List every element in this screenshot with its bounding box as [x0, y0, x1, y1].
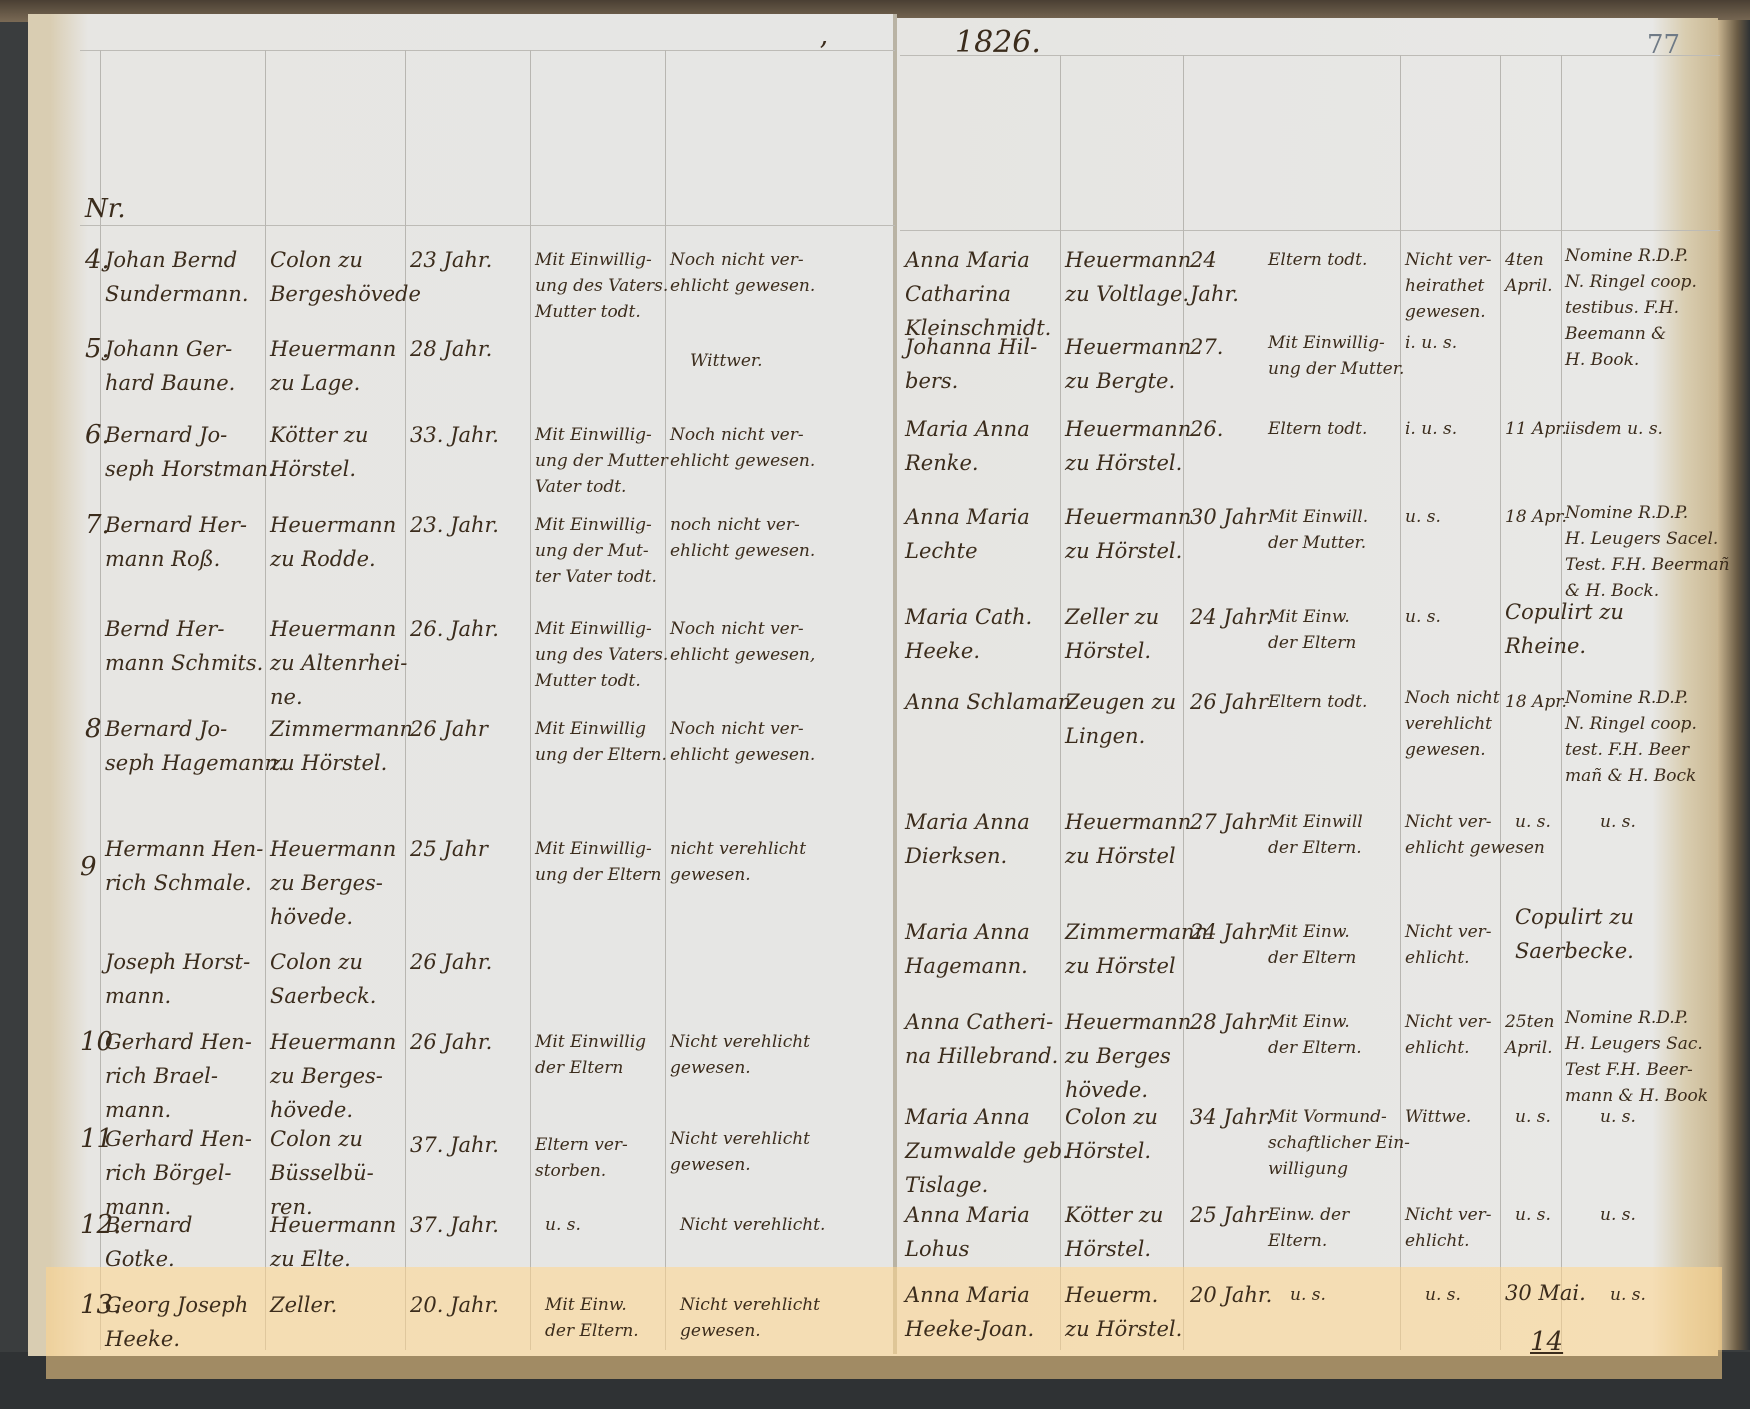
bride-consent: Mit Einwill. der Mutter.	[1268, 504, 1368, 556]
groom-prior-marriage: Nicht verehlicht gewesen.	[670, 1126, 810, 1178]
groom-age: 23. Jahr.	[410, 508, 499, 542]
groom-name: Gerhard Hen- rich Brael- mann.	[105, 1025, 252, 1127]
groom-age: 20. Jahr.	[410, 1288, 499, 1322]
groom-status-residence: Heuermann zu Berges- hövede.	[270, 1025, 396, 1127]
footer-total: 14	[1530, 1325, 1563, 1359]
groom-status-residence: Zeller.	[270, 1288, 337, 1322]
bride-consent: Mit Einw. der Eltern	[1268, 919, 1356, 971]
column-rule	[265, 50, 266, 1350]
groom-prior-marriage: Nicht verehlicht.	[680, 1212, 825, 1238]
bride-status-residence: Heuermann zu Berges hövede.	[1065, 1005, 1191, 1107]
bride-consent: Mit Einw. der Eltern.	[1268, 1009, 1362, 1061]
bride-age: 24 Jahr.	[1190, 243, 1239, 311]
marriage-date: 4ten April.	[1505, 247, 1553, 299]
header-rule-right-lower	[900, 230, 1720, 231]
header-rule-left-lower	[80, 225, 895, 226]
groom-consent: Mit Einwillig ung der Eltern.	[535, 716, 667, 768]
entry-number: 9	[80, 850, 97, 884]
groom-consent: u. s.	[545, 1212, 581, 1238]
entry-number: 8	[85, 712, 102, 746]
groom-consent: Mit Einwillig- ung der Mutter Vater todt…	[535, 422, 668, 500]
groom-consent: Mit Einwillig- ung der Eltern	[535, 836, 661, 888]
bride-age: 24 Jahr.	[1190, 600, 1272, 634]
groom-name: Bernd Her- mann Schmits.	[105, 612, 263, 680]
groom-age: 28 Jahr.	[410, 332, 492, 366]
bride-prior-marriage: Nicht ver- heirathet gewesen.	[1405, 247, 1492, 325]
groom-consent: Mit Einwillig- ung der Mut- ter Vater to…	[535, 512, 657, 590]
marriage-place-note: Copulirt zu Saerbecke.	[1515, 900, 1634, 968]
column-rule	[665, 50, 666, 1350]
marriage-date: 18 Apr.	[1505, 689, 1567, 715]
bride-prior-marriage: u. s.	[1425, 1282, 1461, 1308]
bride-name: Maria Anna Renke.	[905, 412, 1030, 480]
groom-status-residence: Heuermann zu Elte.	[270, 1208, 396, 1276]
bride-consent: Einw. der Eltern.	[1268, 1202, 1349, 1254]
groom-name: Johann Ger- hard Baune.	[105, 332, 235, 400]
bride-consent: Mit Einwillig- ung der Mutter.	[1268, 330, 1404, 382]
remarks: u. s.	[1610, 1282, 1646, 1308]
groom-name: Bernard Gotke.	[105, 1208, 192, 1276]
groom-age: 33. Jahr.	[410, 418, 499, 452]
bride-name: Anna Maria Lohus	[905, 1198, 1030, 1266]
groom-prior-marriage: Nicht verehlicht gewesen.	[680, 1292, 820, 1344]
groom-prior-marriage: Nicht verehlicht gewesen.	[670, 1029, 810, 1081]
year-header: 1826.	[955, 26, 1041, 60]
remarks: Nomine R.D.P. N. Ringel coop. test. F.H.…	[1565, 685, 1697, 789]
bride-consent: Eltern todt.	[1268, 416, 1367, 442]
groom-age: 26 Jahr.	[410, 945, 492, 979]
marriage-place-note: Copulirt zu Rheine.	[1505, 595, 1624, 663]
bride-status-residence: Zimmermann zu Hörstel	[1065, 915, 1208, 983]
bride-age: 24 Jahr.	[1190, 915, 1272, 949]
groom-name: Joseph Horst- mann.	[105, 945, 250, 1013]
number-column-header: Nr.	[85, 192, 126, 226]
marriage-date: 25ten April.	[1505, 1009, 1554, 1061]
bride-name: Maria Anna Dierksen.	[905, 805, 1030, 873]
bride-status-residence: Heuermann zu Hörstel.	[1065, 500, 1191, 568]
bride-status-residence: Kötter zu Hörstel.	[1065, 1198, 1163, 1266]
bride-status-residence: Zeller zu Hörstel.	[1065, 600, 1159, 668]
header-rule-left	[80, 50, 895, 51]
groom-name: Bernard Jo- seph Horstman.	[105, 418, 275, 486]
groom-status-residence: Colon zu Saerbeck.	[270, 945, 376, 1013]
groom-age: 37. Jahr.	[410, 1128, 499, 1162]
groom-name: Johan Bernd Sundermann.	[105, 243, 249, 311]
groom-status-residence: Kötter zu Hörstel.	[270, 418, 368, 486]
groom-prior-marriage: Noch nicht ver- ehlicht gewesen.	[670, 422, 815, 474]
left-header-mark: ʼ	[818, 36, 827, 70]
marriage-date: u. s.	[1515, 1104, 1551, 1130]
book-spine-gutter	[893, 14, 897, 1354]
remarks: iisdem u. s.	[1565, 416, 1663, 442]
page-edges-right	[1718, 20, 1750, 1350]
bride-consent: Mit Einw. der Eltern	[1268, 604, 1356, 656]
bride-name: Anna Schlaman	[905, 685, 1071, 719]
groom-age: 25 Jahr	[410, 832, 488, 866]
groom-age: 23 Jahr.	[410, 243, 492, 277]
groom-status-residence: Zimmermann zu Hörstel.	[270, 712, 413, 780]
groom-status-residence: Heuermann zu Rodde.	[270, 508, 396, 576]
bride-name: Anna Maria Lechte	[905, 500, 1030, 568]
groom-age: 26 Jahr.	[410, 1025, 492, 1059]
groom-prior-marriage: nicht verehlicht gewesen.	[670, 836, 806, 888]
bride-age: 28 Jahr.	[1190, 1005, 1272, 1039]
bride-name: Anna Maria Heeke-Joan.	[905, 1278, 1034, 1346]
bride-consent: u. s.	[1290, 1282, 1326, 1308]
groom-consent: Mit Einwillig- ung des Vaters. Mutter to…	[535, 616, 668, 694]
groom-consent: Mit Einwillig- ung des Vaters. Mutter to…	[535, 247, 668, 325]
groom-prior-marriage: Wittwer.	[690, 348, 763, 374]
bride-consent: Eltern todt.	[1268, 247, 1367, 273]
groom-name: Georg Joseph Heeke.	[105, 1288, 248, 1356]
bride-prior-marriage: Nicht ver- ehlicht.	[1405, 919, 1492, 971]
bride-name: Anna Catheri- na Hillebrand.	[905, 1005, 1058, 1073]
bride-name: Maria Anna Hagemann.	[905, 915, 1030, 983]
groom-age: 37. Jahr.	[410, 1208, 499, 1242]
groom-name: Bernard Jo- seph Hagemann.	[105, 712, 285, 780]
bride-prior-marriage: i. u. s.	[1405, 416, 1457, 442]
groom-status-residence: Heuermann zu Lage.	[270, 332, 396, 400]
groom-age: 26. Jahr.	[410, 612, 499, 646]
column-rule	[1500, 55, 1501, 1350]
groom-consent: Eltern ver- storben.	[535, 1132, 628, 1184]
bride-age: 26 Jahr	[1190, 685, 1268, 719]
bride-prior-marriage: i. u. s.	[1405, 330, 1457, 356]
bride-age: 20 Jahr.	[1190, 1278, 1272, 1312]
bride-prior-marriage: Nicht ver- ehlicht.	[1405, 1009, 1492, 1061]
highlighted-entry-row	[46, 1267, 1722, 1379]
bride-age: 30 Jahr	[1190, 500, 1268, 534]
bride-age: 25 Jahr	[1190, 1198, 1268, 1232]
groom-status-residence: Heuermann zu Altenrhei- ne.	[270, 612, 407, 714]
remarks: Nomine R.D.P. H. Leugers Sacel. Test. F.…	[1565, 500, 1730, 604]
groom-age: 26 Jahr	[410, 712, 488, 746]
page-number: 77	[1647, 28, 1680, 62]
remarks: u. s.	[1600, 1202, 1636, 1228]
bride-prior-marriage: Wittwe.	[1405, 1104, 1471, 1130]
bride-status-residence: Heuermann zu Hörstel	[1065, 805, 1191, 873]
marriage-date: 11 Apr.	[1505, 416, 1567, 442]
bride-consent: Eltern todt.	[1268, 689, 1367, 715]
remarks: u. s.	[1600, 809, 1636, 835]
bride-age: 26.	[1190, 412, 1223, 446]
bride-status-residence: Colon zu Hörstel.	[1065, 1100, 1158, 1168]
groom-consent: Mit Einwillig der Eltern	[535, 1029, 646, 1081]
bride-status-residence: Zeugen zu Lingen.	[1065, 685, 1176, 753]
groom-prior-marriage: Noch nicht ver- ehlicht gewesen,	[670, 616, 815, 668]
bride-age: 27.	[1190, 330, 1223, 364]
bride-prior-marriage: u. s.	[1405, 504, 1441, 530]
marriage-date: u. s.	[1515, 1202, 1551, 1228]
bride-age: 34 Jahr.	[1190, 1100, 1272, 1134]
bride-status-residence: Heuerm. zu Hörstel.	[1065, 1278, 1182, 1346]
remarks: Nomine R.D.P. H. Leugers Sac. Test F.H. …	[1565, 1005, 1708, 1109]
bride-status-residence: Heuermann zu Bergte.	[1065, 330, 1191, 398]
bride-prior-marriage: u. s.	[1405, 604, 1441, 630]
marriage-date: 18 Apr.	[1505, 504, 1567, 530]
groom-status-residence: Colon zu Bergeshövede	[270, 243, 421, 311]
groom-name: Bernard Her- mann Roß.	[105, 508, 247, 576]
bride-status-residence: Heuermann zu Hörstel.	[1065, 412, 1191, 480]
bride-name: Maria Anna Zumwalde geb. Tislage.	[905, 1100, 1069, 1202]
remarks: Nomine R.D.P. N. Ringel coop. testibus. …	[1565, 243, 1697, 373]
bride-prior-marriage: Nicht ver- ehlicht.	[1405, 1202, 1492, 1254]
groom-status-residence: Heuermann zu Berges- hövede.	[270, 832, 396, 934]
groom-prior-marriage: noch nicht ver- ehlicht gewesen.	[670, 512, 815, 564]
remarks: u. s.	[1600, 1104, 1636, 1130]
groom-prior-marriage: Noch nicht ver- ehlicht gewesen.	[670, 247, 815, 299]
groom-prior-marriage: Noch nicht ver- ehlicht gewesen.	[670, 716, 815, 768]
column-rule	[530, 50, 531, 1350]
marriage-date: 30 Mai.	[1505, 1276, 1586, 1310]
groom-name: Hermann Hen- rich Schmale.	[105, 832, 263, 900]
bride-name: Johanna Hil- bers.	[905, 330, 1037, 398]
bride-status-residence: Heuermann zu Voltlage.	[1065, 243, 1191, 311]
bride-prior-marriage: Noch nicht verehlicht gewesen.	[1405, 685, 1500, 763]
bride-age: 27 Jahr	[1190, 805, 1268, 839]
bride-consent: Mit Vormund- schaftlicher Ein- willigung	[1268, 1104, 1410, 1182]
bride-name: Maria Cath. Heeke.	[905, 600, 1032, 668]
bride-consent: Mit Einwill der Eltern.	[1268, 809, 1363, 861]
groom-consent: Mit Einw. der Eltern.	[545, 1292, 639, 1344]
marriage-date: u. s.	[1515, 809, 1551, 835]
